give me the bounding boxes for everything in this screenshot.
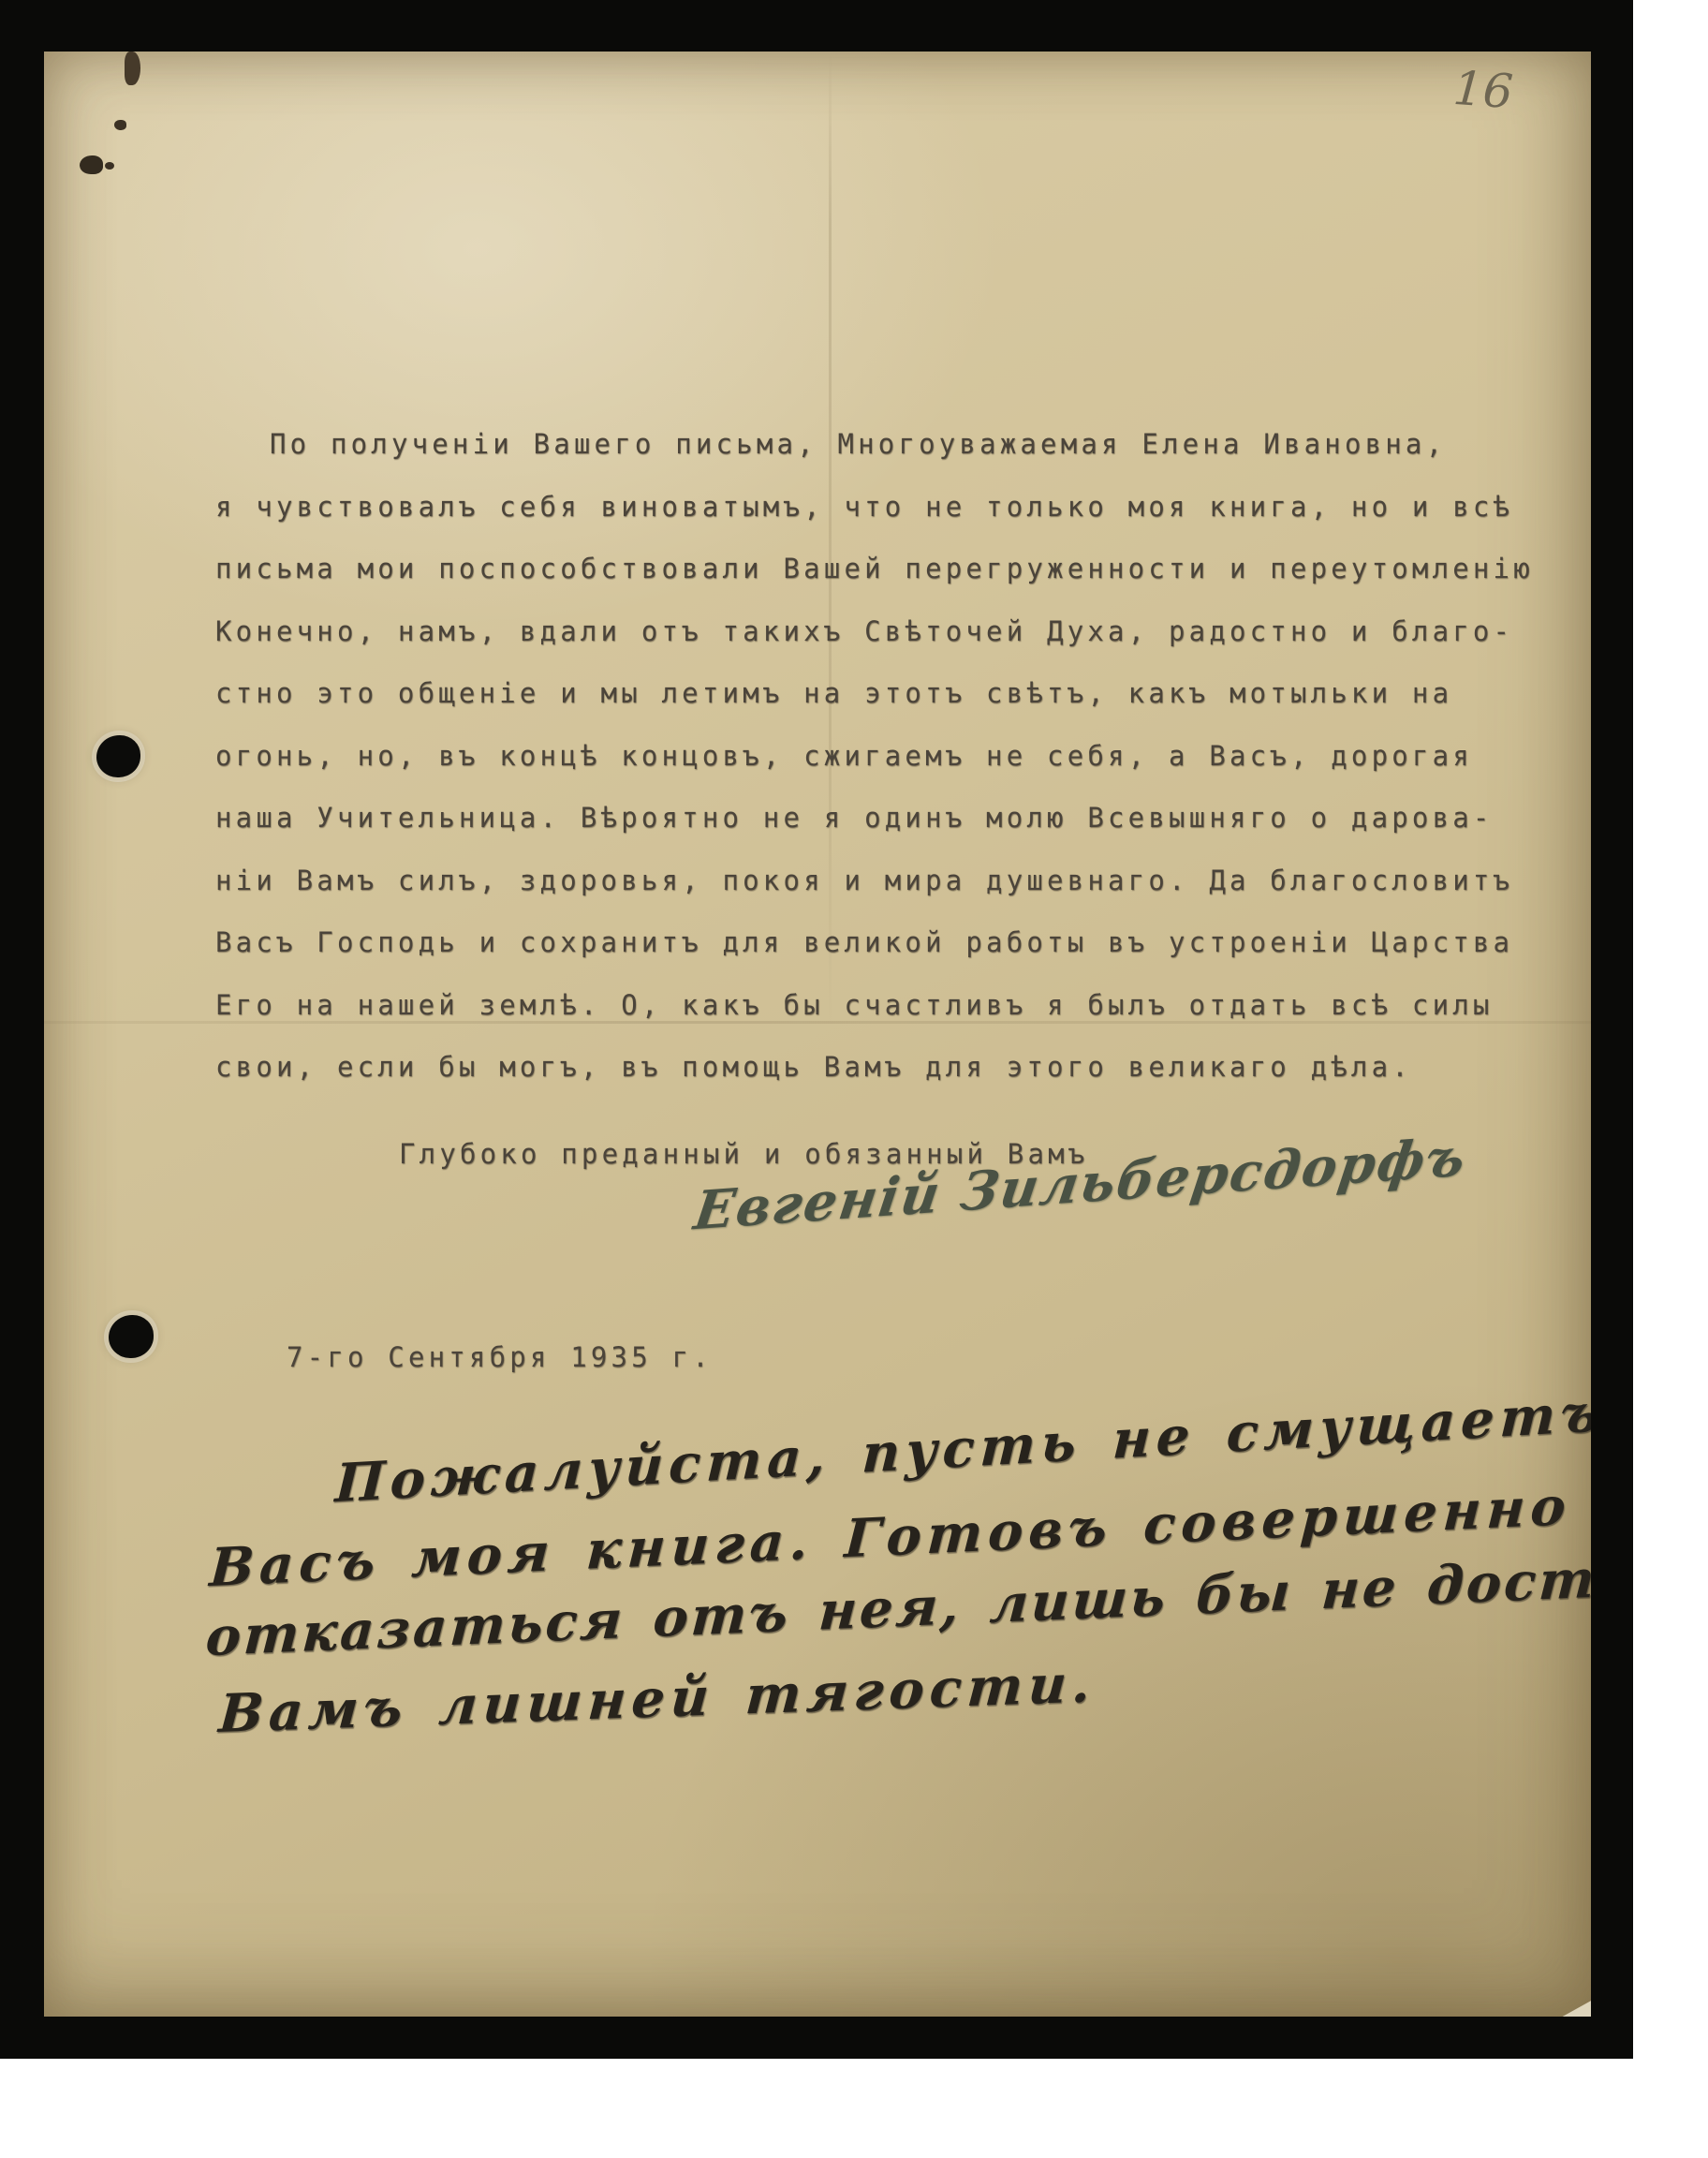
typed-line: стно это общеніе и мы летимъ на этотъ св… [215,662,1591,725]
typed-line: свои, если бы могъ, въ помощь Вамъ для э… [215,1036,1591,1099]
typed-line: наша Учительница. Вѣроятно не я одинъ мо… [215,787,1591,850]
corner-fold [1559,2000,1591,2017]
punch-hole [109,1315,154,1358]
typed-line: ніи Вамъ силъ, здоровья, покоя и мира ду… [215,850,1591,912]
typed-line: я чувствовалъ себя виноватымъ, что не то… [215,476,1591,539]
ink-spot [125,52,140,85]
typed-line: Его на нашей землѣ. О, какъ бы счастливъ… [215,974,1591,1037]
scan-background: 16 По полученіи Вашего письма, Многоуваж… [0,0,1633,2059]
postscript-line: Вамъ лишней тягости. [217,1652,1098,1745]
typed-line: огонь, но, въ концѣ концовъ, сжигаемъ не… [215,725,1591,788]
typed-line: Конечно, намъ, вдали отъ такихъ Свѣточей… [215,600,1591,663]
ink-spot [80,155,103,174]
date-line: 7-го Сентября 1935 г. [287,1341,713,1373]
punch-hole [96,735,140,777]
page-number: 16 [1451,61,1515,119]
typed-line: По полученіи Вашего письма, Многоуважаем… [215,413,1591,476]
typed-line: письма мои поспособствовали Вашей перегр… [215,538,1591,600]
ink-spot [114,120,126,130]
screenshot-root: { "document": { "page_number": "16", "ty… [0,0,1708,2158]
letter-paper: 16 По полученіи Вашего письма, Многоуваж… [44,52,1591,2017]
ink-spot [105,162,114,170]
typed-letter-body: По полученіи Вашего письма, Многоуважаем… [215,413,1591,1185]
typed-line: Васъ Господь и сохранитъ для великой раб… [215,911,1591,974]
